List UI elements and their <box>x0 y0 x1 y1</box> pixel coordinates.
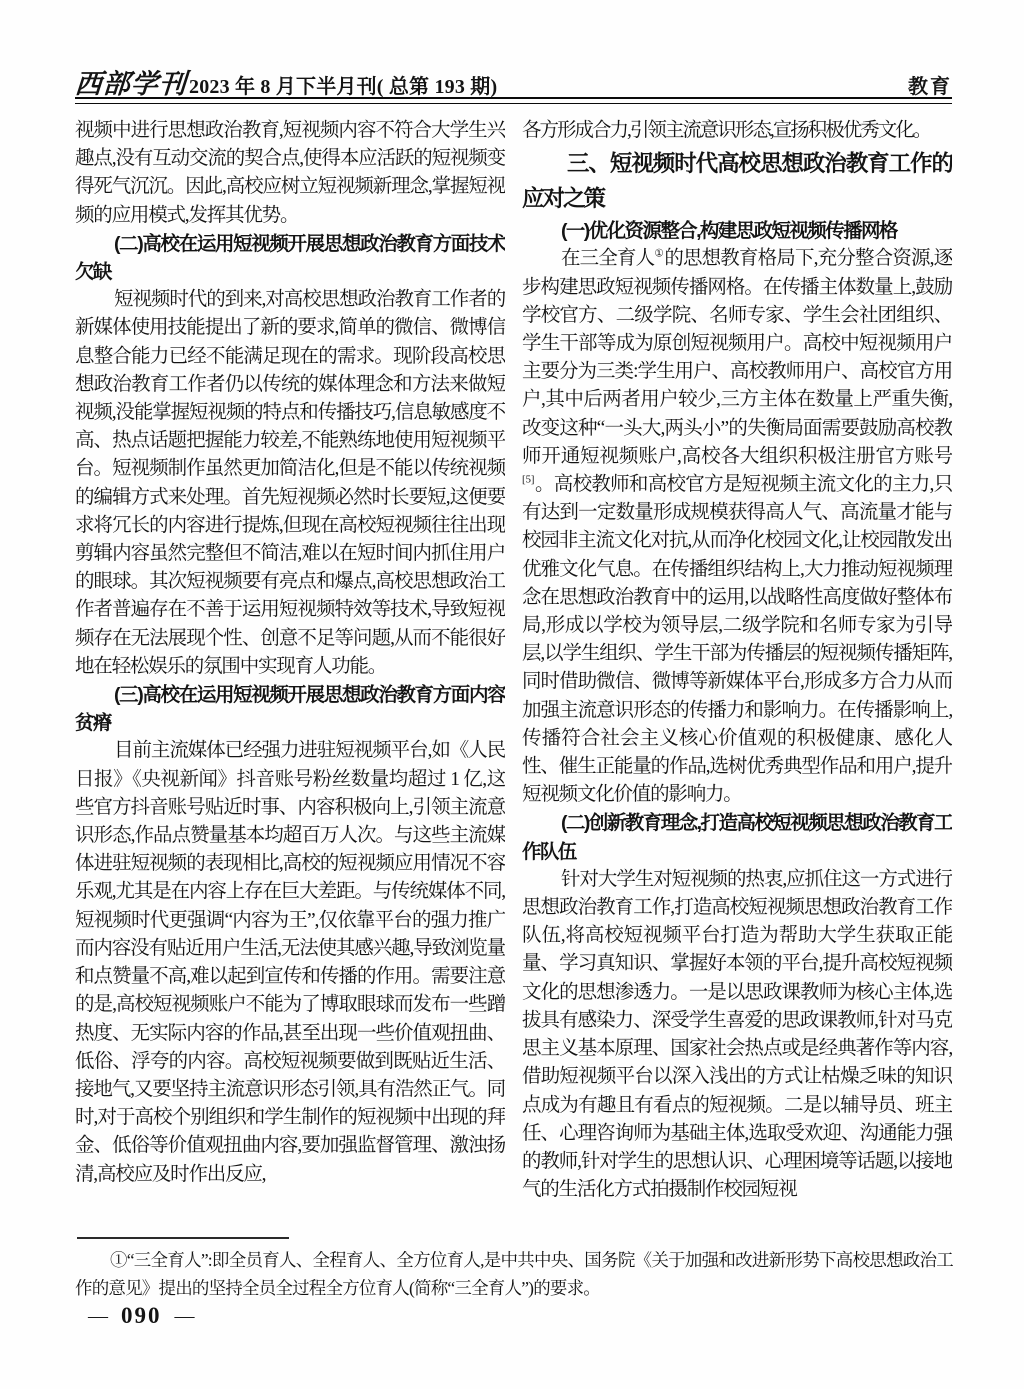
right-column: 各方形成合力,引领主流意识形态,宣扬积极优秀文化。 三、短视频时代高校思想政治教… <box>522 117 952 1245</box>
subsection-heading-3: (三)高校在运用短视频开展思想政治教育方面内容贫瘠 <box>75 681 505 737</box>
text-segment: 在三全育人 <box>561 248 654 269</box>
page-number: — 090 — <box>88 1303 195 1329</box>
page-number-dash-right: — <box>175 1305 195 1328</box>
footnote-superscript: ① <box>654 248 664 260</box>
citation-superscript: [5] <box>522 474 535 486</box>
section-label: 教育 <box>908 70 952 99</box>
header-left-group: 西部学刊 2023 年 8 月下半月刊( 总第 193 期) <box>75 62 497 101</box>
paragraph-continuation: 各方形成合力,引领主流意识形态,宣扬积极优秀文化。 <box>522 117 952 145</box>
journal-logo: 西部学刊 <box>74 62 189 101</box>
page-header: 西部学刊 2023 年 8 月下半月刊( 总第 193 期) 教育 <box>75 62 952 101</box>
text-segment: 。高校教师和高校官方是短视频主流文化的主力,只有达到一定数量形成规模获得高人气、… <box>522 474 952 805</box>
paragraph-continuation: 视频中进行思想政治教育,短视频内容不符合大学生兴趣点,没有互动交流的契合点,使得… <box>75 117 505 230</box>
footnote-divider <box>77 1237 289 1239</box>
subsection-heading-2: (二)高校在运用短视频开展思想政治教育方面技术欠缺 <box>75 230 505 286</box>
page-number-dash-left: — <box>88 1305 108 1328</box>
subsection-heading-s1: (一)优化资源整合,构建思政短视频传播网格 <box>522 217 952 245</box>
section-heading-3: 三、短视频时代高校思想政治教育工作的应对之策 <box>522 146 952 216</box>
body-paragraph-network: 在三全育人①的思想教育格局下,充分整合资源,逐步构建思政短视频传播网格。在传播主… <box>522 245 952 809</box>
body-paragraph-content: 目前主流媒体已经强力进驻短视频平台,如《人民日报》《央视新闻》抖音账号粉丝数量均… <box>75 737 505 1188</box>
body-paragraph-team: 针对大学生对短视频的热衷,应抓住这一方式进行思想政治教育工作,打造高校短视频思想… <box>522 866 952 1204</box>
left-column: 视频中进行思想政治教育,短视频内容不符合大学生兴趣点,没有互动交流的契合点,使得… <box>75 117 505 1245</box>
issue-info: 2023 年 8 月下半月刊( 总第 193 期) <box>189 70 497 99</box>
text-segment: 的思想教育格局下,充分整合资源,逐步构建思政短视频传播网格。在传播主体数量上,鼓… <box>522 248 952 466</box>
body-paragraph-technique: 短视频时代的到来,对高校思想政治教育工作者的新媒体使用技能提出了新的要求,简单的… <box>75 286 505 681</box>
journal-page: 西部学刊 2023 年 8 月下半月刊( 总第 193 期) 教育 视频中进行思… <box>0 0 1024 1389</box>
footnote: ①“三全育人”:即全员育人、全程育人、全方位育人,是中共中央、国务院《关于加强和… <box>75 1247 953 1302</box>
subsection-heading-s2: (二)创新教育理念,打造高校短视频思想政治教育工作队伍 <box>522 809 952 865</box>
footnote-mark: ① <box>110 1250 127 1270</box>
article-body: 视频中进行思想政治教育,短视频内容不符合大学生兴趣点,没有互动交流的契合点,使得… <box>75 117 952 1245</box>
header-double-rule <box>75 97 952 104</box>
page-number-value: 090 <box>121 1303 162 1329</box>
footnote-text: “三全育人”:即全员育人、全程育人、全方位育人,是中共中央、国务院《关于加强和改… <box>75 1250 953 1298</box>
